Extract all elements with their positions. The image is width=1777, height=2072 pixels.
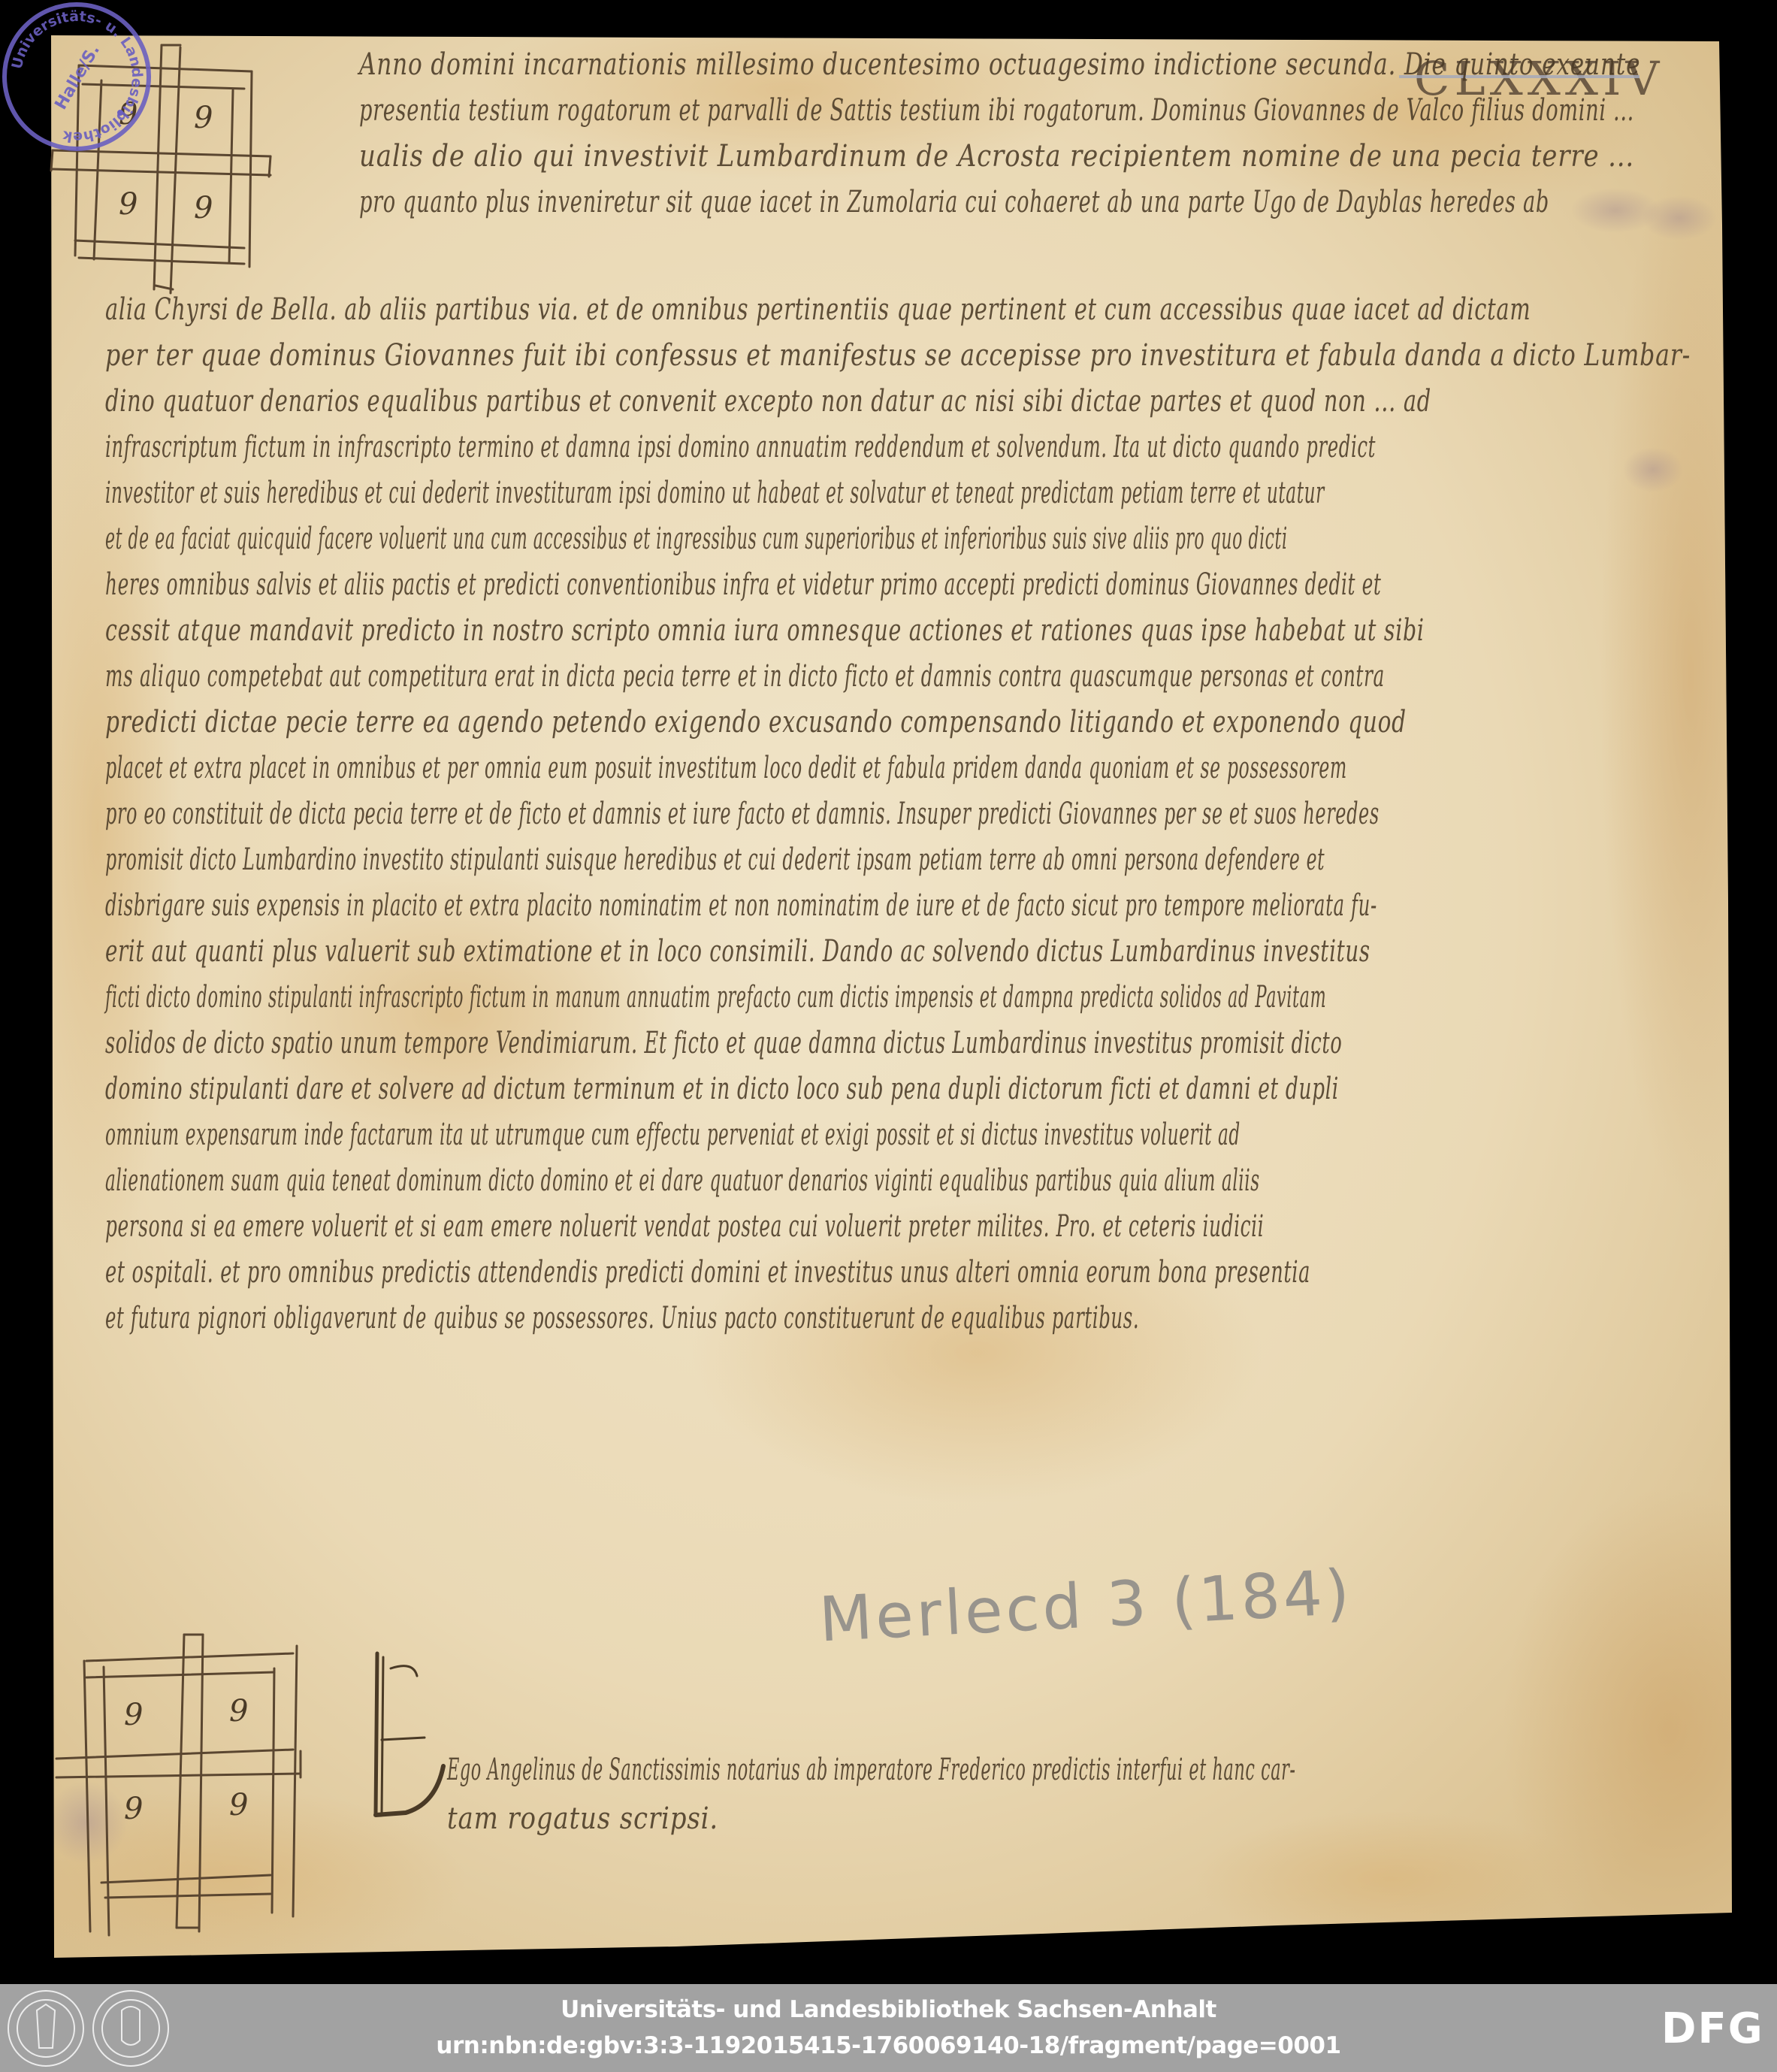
text-line-17: promisit dicto Lumbardino investito stip…: [105, 845, 1325, 875]
text-line-16: pro eo constituit de dicta pecia terre e…: [105, 799, 1380, 829]
subscription-line-2: tam rogatus scripsi.: [447, 1804, 718, 1834]
notarial-sign-grid-bottom: 9 9 9 9: [45, 1631, 361, 1977]
text-line-21: solidos de dicto spatio unum tempore Ven…: [105, 1028, 1342, 1058]
stamp-inner-text: Halle/S.: [52, 41, 104, 113]
document-viewer: 9 9 9 9: [0, 0, 1777, 1984]
text-line-8: infrascriptum fictum in infrascripto ter…: [105, 432, 1376, 462]
text-line-11: heres omnibus salvis et aliis pactis et …: [105, 570, 1381, 600]
text-line-5: alia Chyrsi de Bella. ab aliis partibus …: [105, 295, 1531, 325]
text-line-2: presentia testium rogatorum et parvalli …: [359, 95, 1634, 126]
text-line-4: pro quanto plus inveniretur sit quae iac…: [359, 187, 1549, 217]
text-line-19: erit aut quanti plus valuerit sub extima…: [105, 936, 1371, 966]
grid-cell-top-right: 9: [229, 1694, 248, 1729]
text-line-26: et ospitali. et pro omnibus predictis at…: [105, 1257, 1310, 1287]
text-line-12: cessit atque mandavit predicto in nostro…: [105, 616, 1425, 646]
text-line-9: investitor et suis heredibus et cui dede…: [105, 478, 1325, 508]
text-line-7: dino quatuor denarios equalibus partibus…: [105, 386, 1431, 416]
grid-cell-bottom-right: 9: [229, 1788, 248, 1822]
text-line-13: ms aliquo competebat aut competitura era…: [105, 661, 1385, 691]
footer-bar: Universitäts- und Landesbibliothek Sachs…: [0, 1984, 1777, 2072]
grid-cell-top-left: 9: [124, 1698, 143, 1732]
grid-cell-bottom-left: 9: [119, 187, 138, 222]
text-line-22: domino stipulanti dare et solvere ad dic…: [105, 1074, 1339, 1104]
text-line-23: omnium expensarum inde factarum ita ut u…: [105, 1120, 1241, 1150]
footer-urn[interactable]: urn:nbn:de:gbv:3:3-1192015415-1760069140…: [0, 2032, 1777, 2059]
subscription-initial-e: [361, 1646, 481, 1826]
text-line-14: predicti dictae pecie terre ea agendo pe…: [105, 707, 1407, 737]
grid-cell-bottom-left: 9: [124, 1792, 143, 1826]
grid-cell-top-right: 9: [194, 101, 213, 135]
grid-cell-bottom-right: 9: [194, 191, 213, 225]
text-line-10: et de ea faciat quicquid facere voluerit…: [105, 524, 1288, 554]
text-line-24: alienationem suam quia teneat dominum di…: [105, 1166, 1260, 1196]
text-line-25: persona si ea emere voluerit et si eam e…: [105, 1211, 1264, 1242]
text-line-1: Anno domini incarnationis millesimo duce…: [359, 50, 1640, 80]
parchment-sheet: 9 9 9 9: [0, 0, 1777, 1984]
text-line-15: placet et extra placet in omnibus et per…: [105, 753, 1347, 783]
text-line-20: ficti dicto domino stipulanti infrascrip…: [105, 982, 1326, 1012]
text-line-3: ualis de alio qui investivit Lumbardinum…: [359, 141, 1634, 171]
subscription-line-1: Ego Angelinus de Sanctissimis notarius a…: [447, 1755, 1296, 1785]
footer-institution: Universitäts- und Landesbibliothek Sachs…: [0, 1996, 1777, 2023]
text-line-27: et futura pignori obligaverunt de quibus…: [105, 1303, 1139, 1333]
text-line-18: disbrigare suis expensis in placito et e…: [105, 891, 1377, 921]
text-line-6: per ter quae dominus Giovannes fuit ibi …: [105, 340, 1691, 371]
library-stamp: Universitäts- u. Landesbibliothek Halle/…: [0, 0, 154, 154]
dfg-logo: DFG: [1661, 2008, 1764, 2050]
